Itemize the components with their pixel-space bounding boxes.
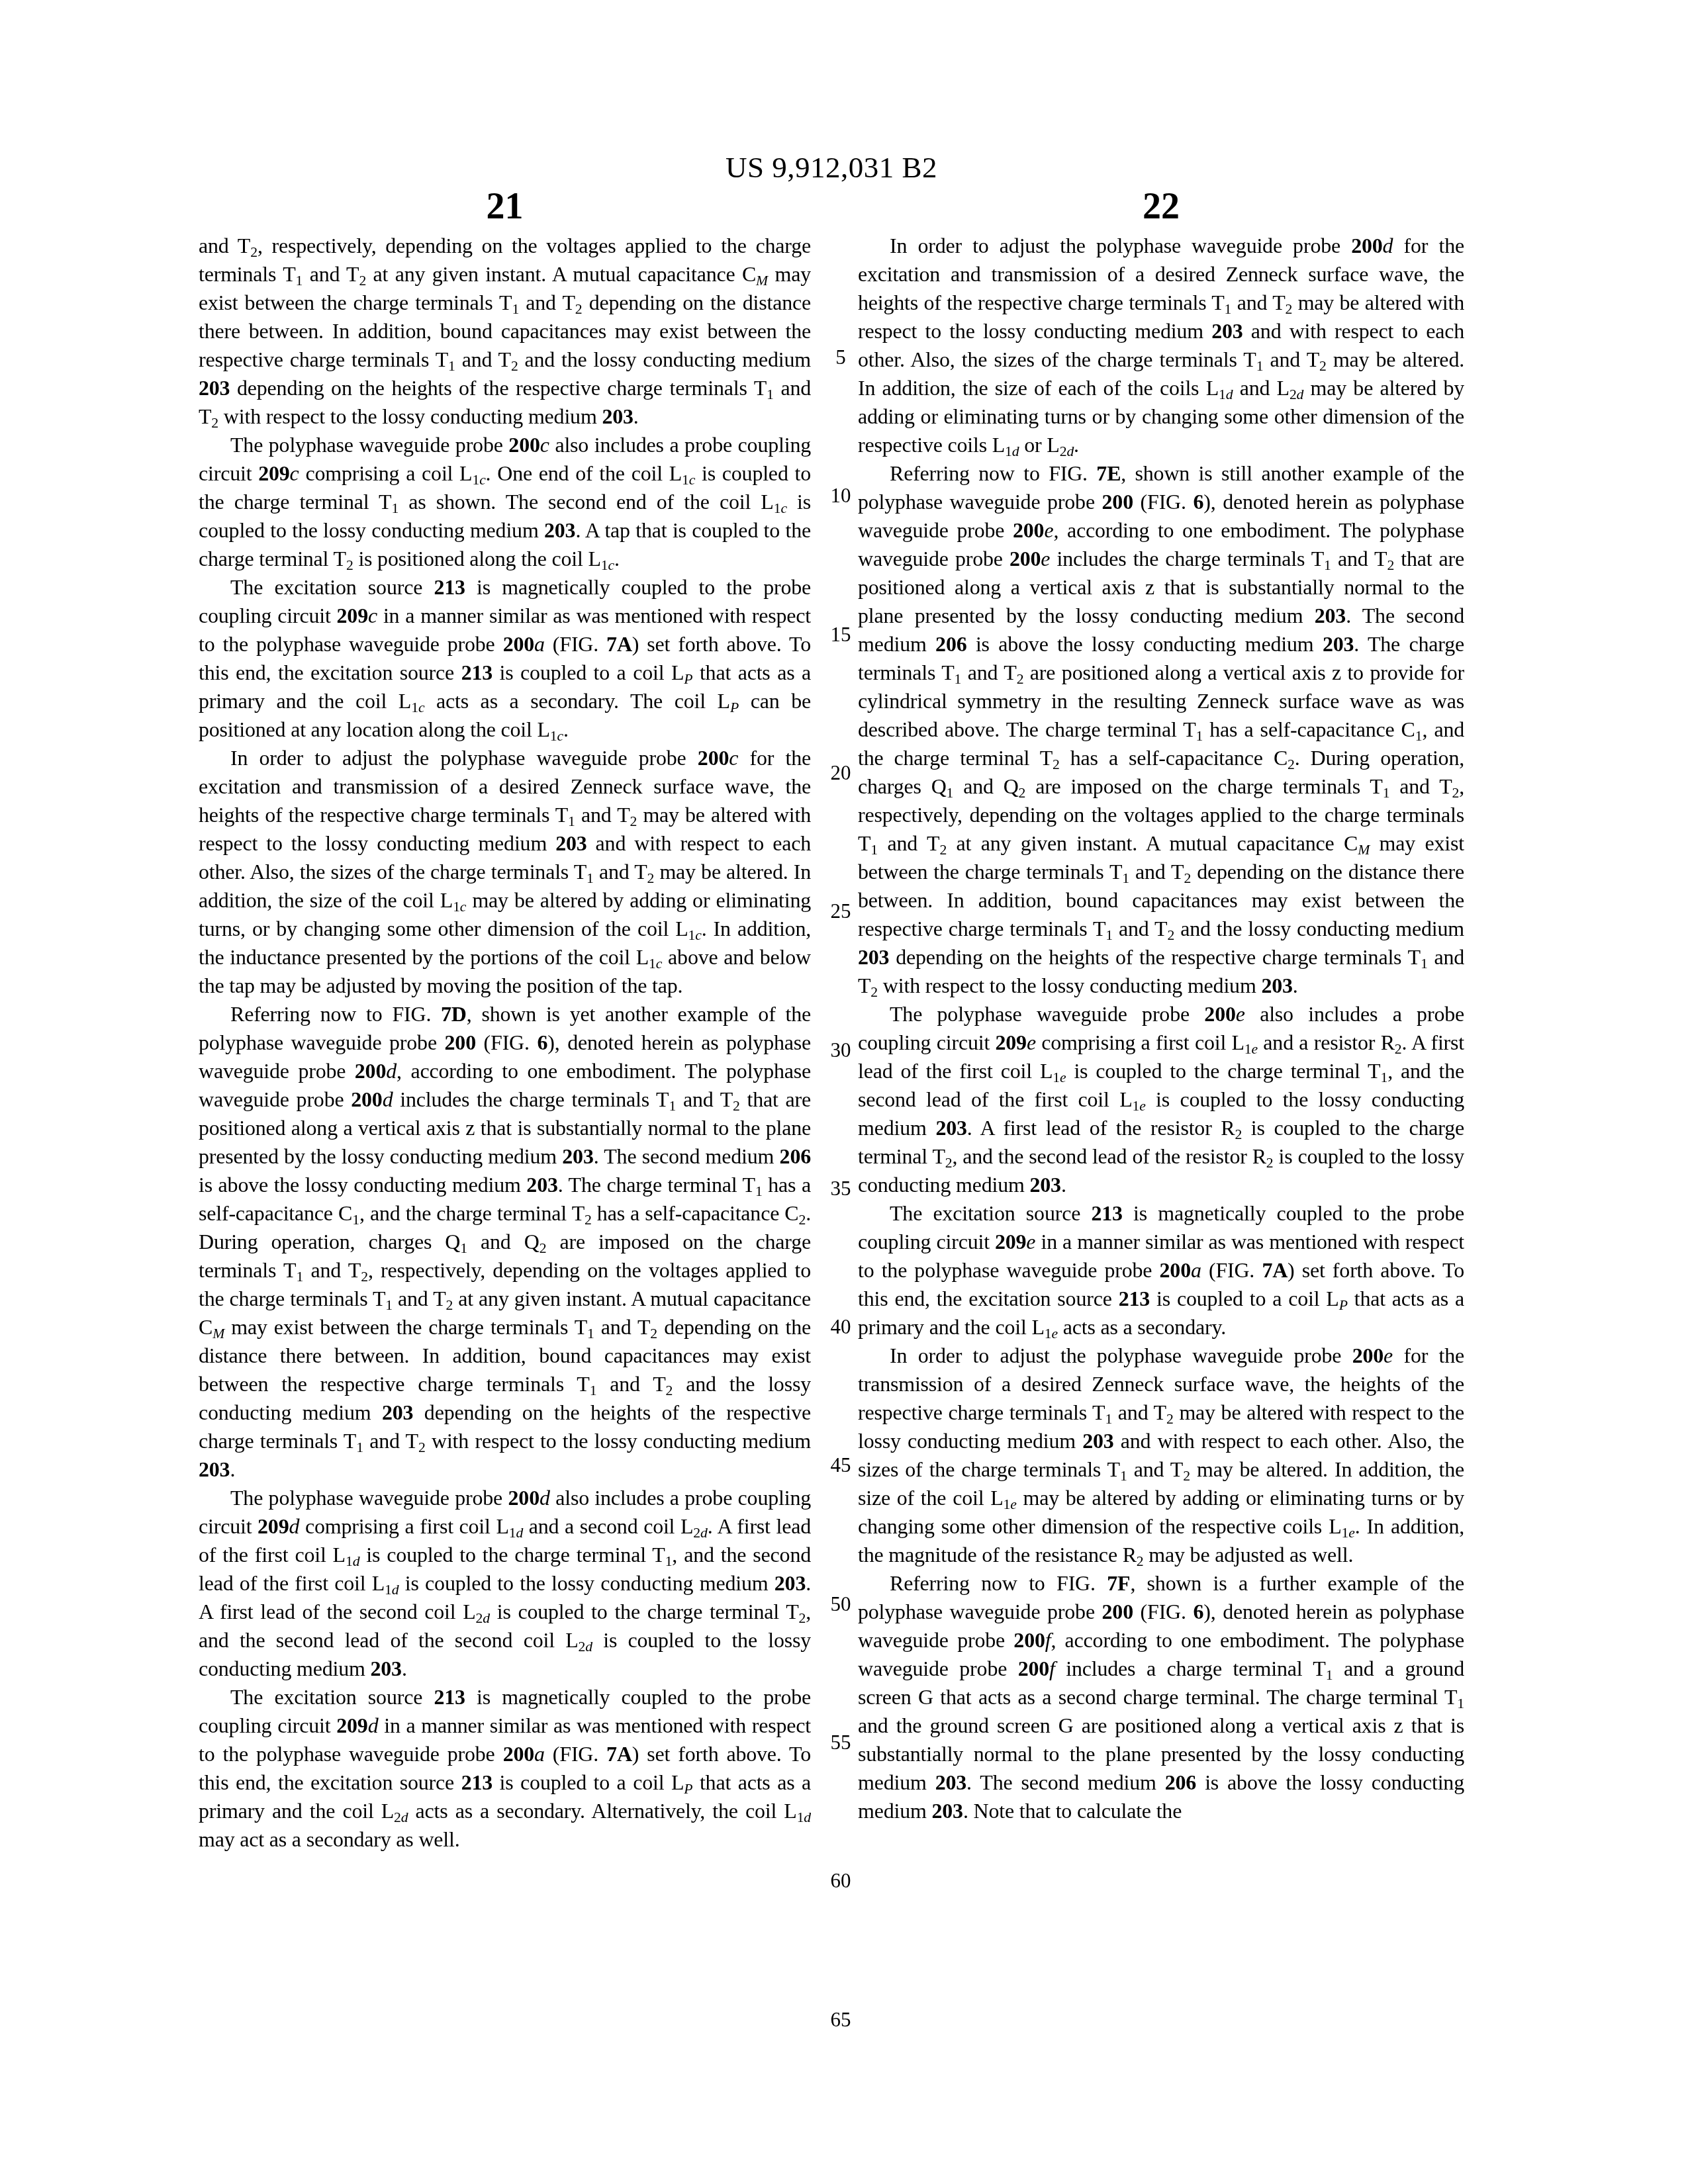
left-column-number: 21 [199, 188, 811, 225]
line-number-gutter: 5101520253035404550556065 [814, 0, 867, 2184]
paragraph: Referring now to FIG. 7E, shown is still… [858, 459, 1464, 1000]
paragraph: In order to adjust the polyphase wavegui… [858, 1342, 1464, 1569]
right-column-number: 22 [858, 188, 1464, 225]
paragraph: The excitation source 213 is magneticall… [199, 1683, 811, 1854]
line-number: 60 [814, 1866, 867, 1895]
line-number: 40 [814, 1312, 867, 1341]
line-number: 10 [814, 481, 867, 510]
paragraph: The excitation source 213 is magneticall… [199, 573, 811, 744]
paragraph: The excitation source 213 is magneticall… [858, 1199, 1464, 1342]
left-column-text: and T2, respectively, depending on the v… [199, 232, 811, 2101]
line-number: 15 [814, 620, 867, 649]
paragraph: Referring now to FIG. 7F, shown is a fur… [858, 1569, 1464, 1825]
paragraph: and T2, respectively, depending on the v… [199, 232, 811, 431]
line-number: 45 [814, 1451, 867, 1479]
line-number: 30 [814, 1036, 867, 1064]
patent-page: US 9,912,031 B2 21 22 and T2, respective… [0, 0, 1688, 2184]
line-number: 5 [814, 343, 867, 371]
paragraph: The polyphase waveguide probe 200d also … [199, 1484, 811, 1683]
line-number: 55 [814, 1728, 867, 1756]
line-number: 20 [814, 758, 867, 787]
line-number: 35 [814, 1174, 867, 1203]
paragraph: The polyphase waveguide probe 200c also … [199, 431, 811, 573]
paragraph: In order to adjust the polyphase wavegui… [858, 232, 1464, 459]
line-number: 65 [814, 2005, 867, 2034]
line-number: 25 [814, 897, 867, 925]
paragraph: Referring now to FIG. 7D, shown is yet a… [199, 1000, 811, 1484]
right-column-text: In order to adjust the polyphase wavegui… [858, 232, 1464, 2101]
paragraph: The polyphase waveguide probe 200e also … [858, 1000, 1464, 1199]
line-number: 50 [814, 1590, 867, 1618]
paragraph: In order to adjust the polyphase wavegui… [199, 744, 811, 1000]
